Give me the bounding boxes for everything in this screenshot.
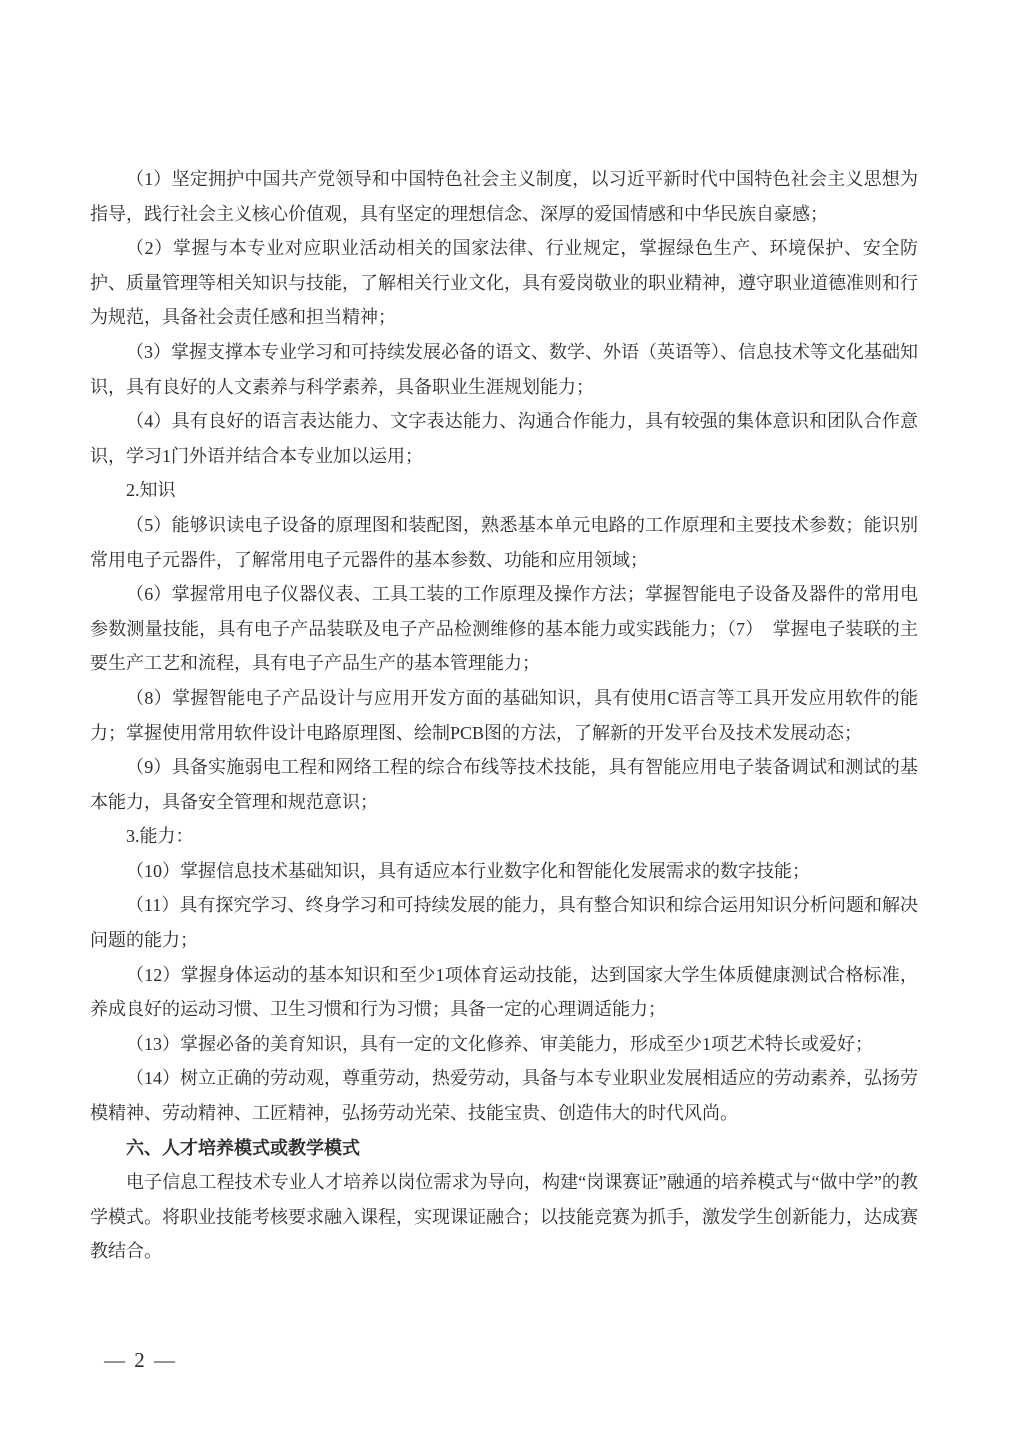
page-number: — 2 — [104,1348,177,1373]
paragraph: 电子信息工程技术专业人才培养以岗位需求为导向，构建“岗课赛证”融通的培养模式与“… [90,1165,918,1269]
paragraph: （10）掌握信息技术基础知识，具有适应本行业数字化和智能化发展需求的数字技能； [90,854,918,889]
paragraph: （6）掌握常用电子仪器仪表、工具工装的工作原理及操作方法；掌握智能电子设备及器件… [90,577,918,681]
paragraph: （4）具有良好的语言表达能力、文字表达能力、沟通合作能力，具有较强的集体意识和团… [90,404,918,473]
paragraph: 2.知识 [90,473,918,508]
paragraph: （2）掌握与本专业对应职业活动相关的国家法律、行业规定，掌握绿色生产、环境保护、… [90,231,918,335]
paragraph: （8）掌握智能电子产品设计与应用开发方面的基础知识，具有使用C语言等工具开发应用… [90,681,918,750]
paragraph: （14）树立正确的劳动观，尊重劳动，热爱劳动，具备与本专业职业发展相适应的劳动素… [90,1061,918,1130]
paragraph: （12）掌握身体运动的基本知识和至少1项体育运动技能，达到国家大学生体质健康测试… [90,958,918,1027]
paragraph: （3）掌握支撑本专业学习和可持续发展必备的语文、数学、外语（英语等）、信息技术等… [90,335,918,404]
paragraph: （11）具有探究学习、终身学习和可持续发展的能力，具有整合知识和综合运用知识分析… [90,888,918,957]
paragraph: （9）具备实施弱电工程和网络工程的综合布线等技术技能，具有智能应用电子装备调试和… [90,750,918,819]
paragraph: （13）掌握必备的美育知识，具有一定的文化修养、审美能力，形成至少1项艺术特长或… [90,1027,918,1062]
paragraph: （5）能够识读电子设备的原理图和装配图，熟悉基本单元电路的工作原理和主要技术参数… [90,508,918,577]
section-heading: 六、人才培养模式或教学模式 [90,1131,918,1166]
paragraph: （1）坚定拥护中国共产党领导和中国特色社会主义制度，以习近平新时代中国特色社会主… [90,162,918,231]
paragraph: 3.能力： [90,819,918,854]
document-body: （1）坚定拥护中国共产党领导和中国特色社会主义制度，以习近平新时代中国特色社会主… [90,162,918,1269]
document-page: （1）坚定拥护中国共产党领导和中国特色社会主义制度，以习近平新时代中国特色社会主… [0,0,1024,1448]
